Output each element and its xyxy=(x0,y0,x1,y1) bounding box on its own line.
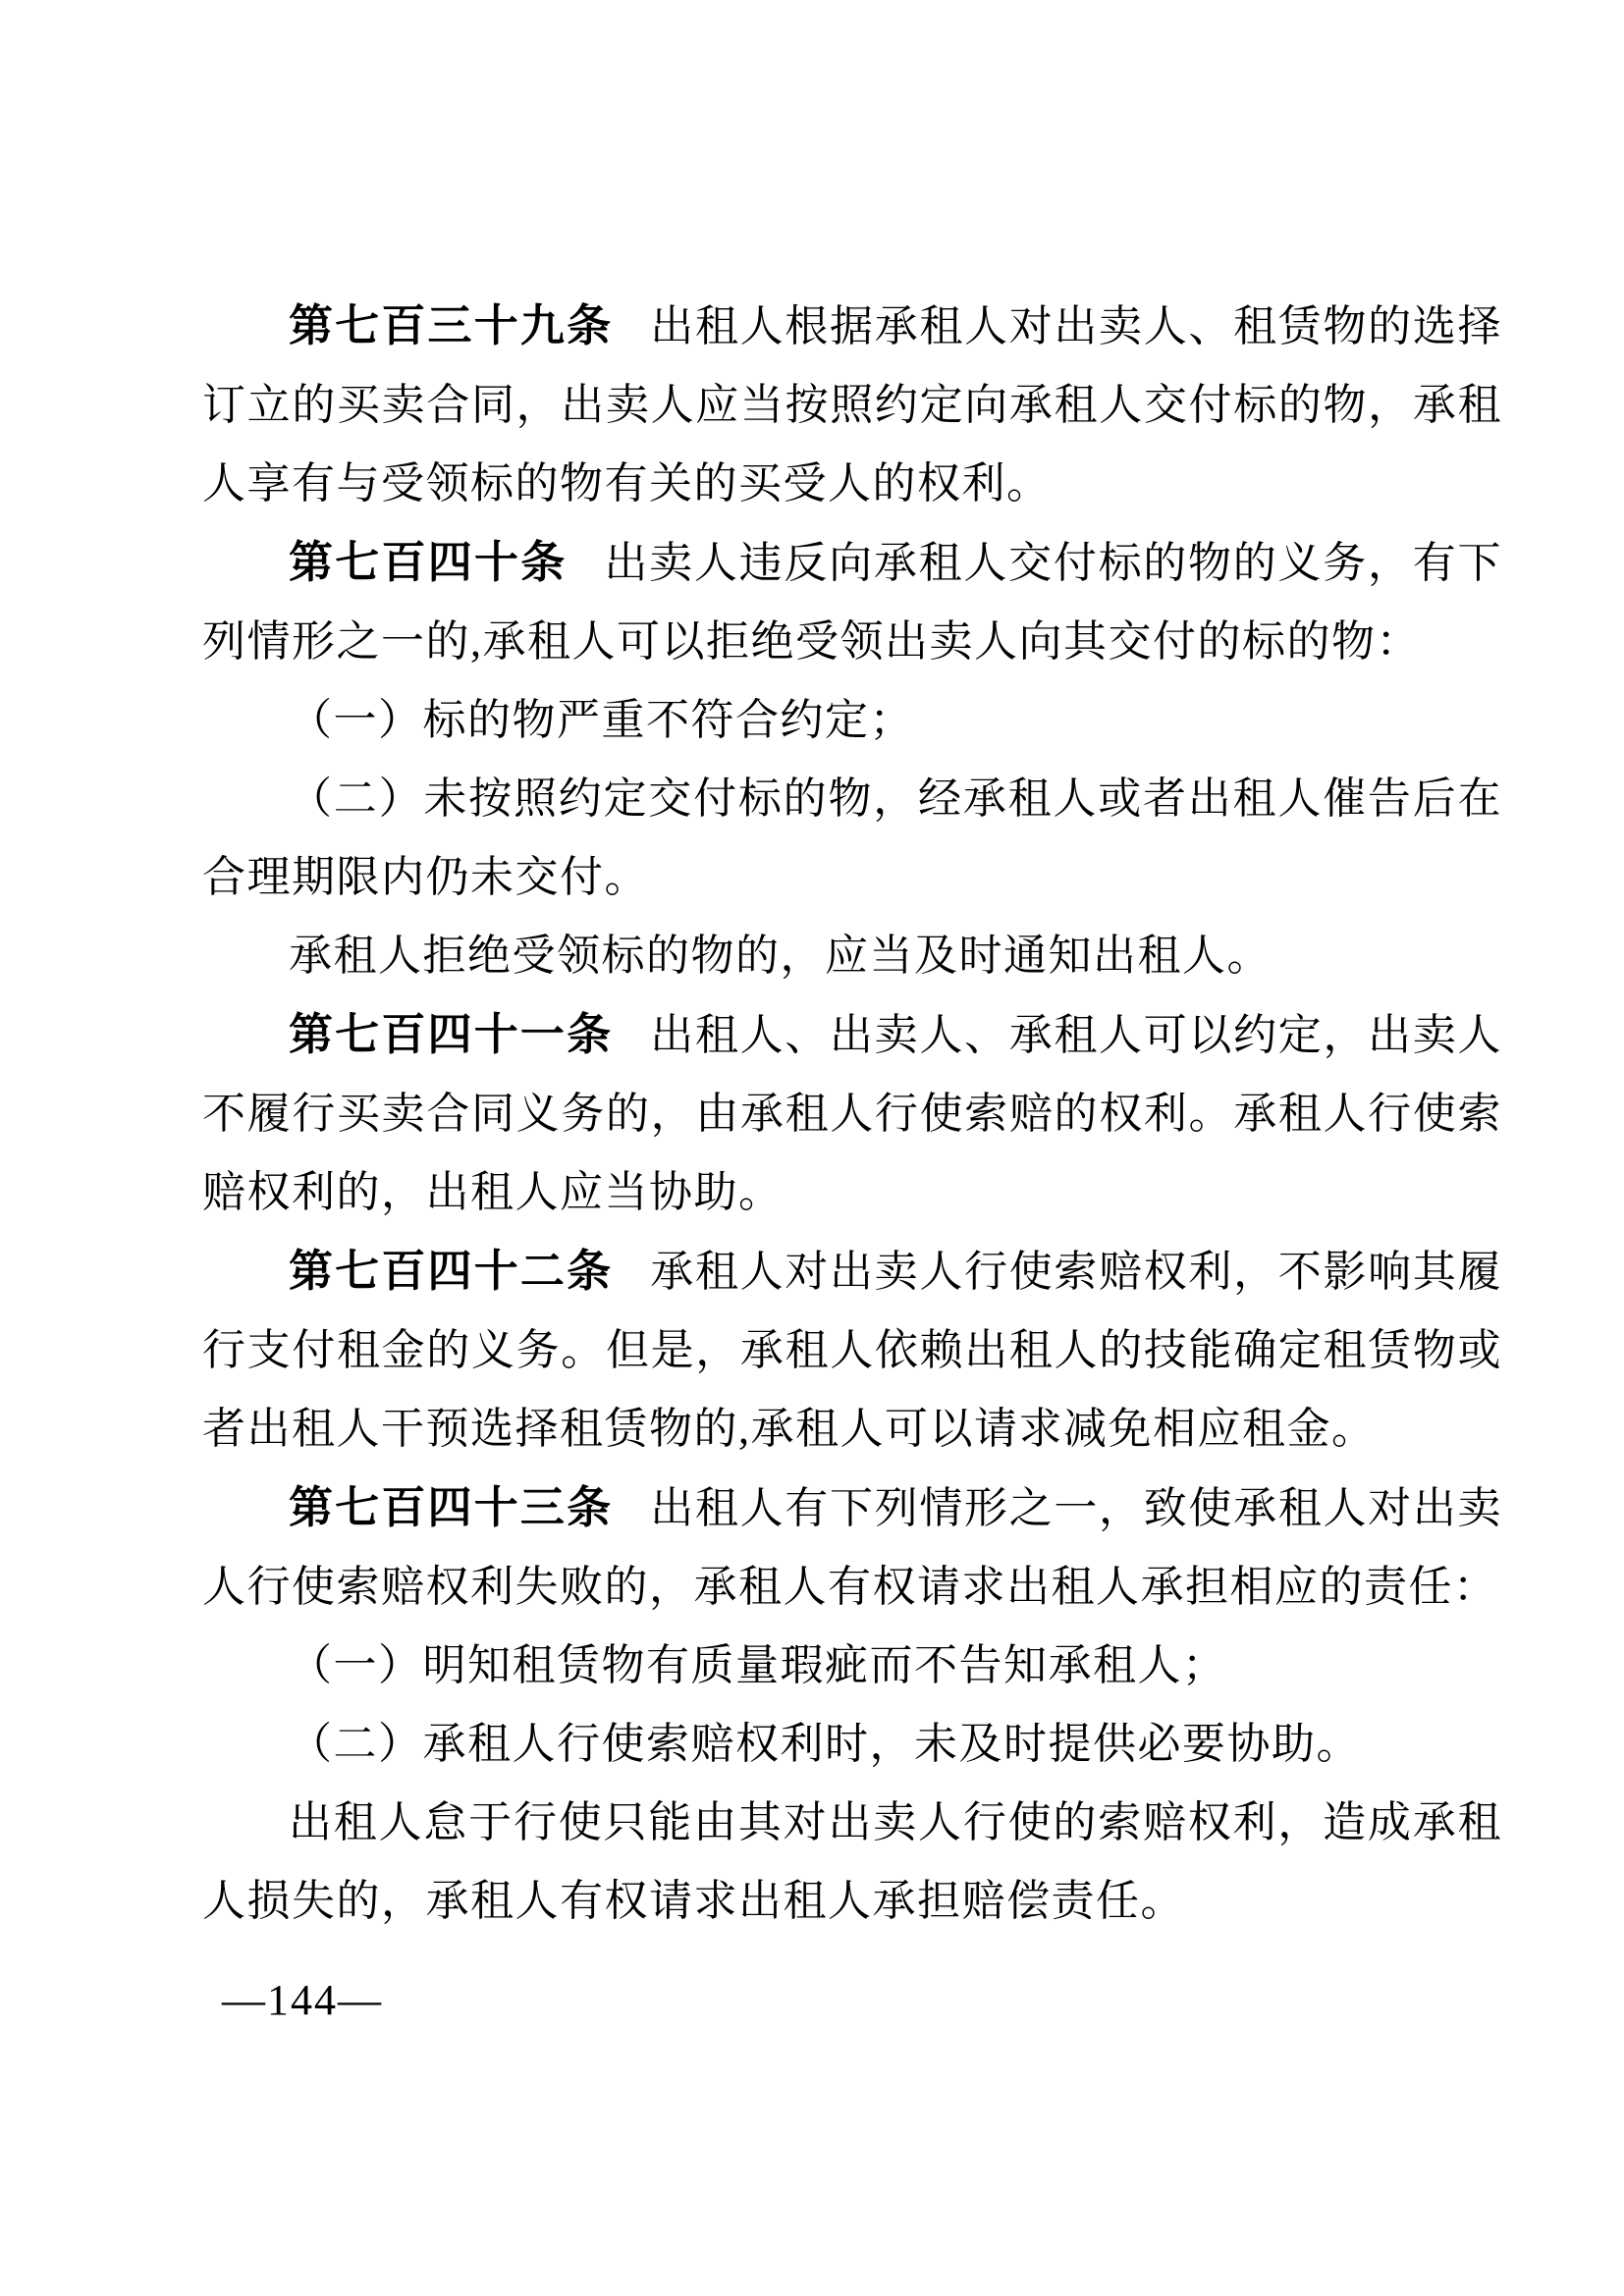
article-number: 第七百四十二条 xyxy=(289,1245,613,1297)
document-page: 第七百三十九条出租人根据承租人对出卖人、租赁物的选择订立的买卖合同，出卖人应当按… xyxy=(0,0,1624,2296)
paragraph: 第七百四十一条出租人、出卖人、承租人可以约定，出卖人不履行买卖合同义务的，由承租… xyxy=(202,995,1502,1232)
paragraph: （一）明知租赁物有质量瑕疵而不告知承租人； xyxy=(202,1627,1502,1705)
paragraph: 第七百四十二条承租人对出卖人行使索赔权利，不影响其履行支付租金的义务。但是，承租… xyxy=(202,1232,1502,1468)
paragraph-text: （二）未按照约定交付标的物，经承租人或者出租人催告后在合理期限内仍未交付。 xyxy=(202,774,1502,901)
paragraph: 第七百四十条出卖人违反向承租人交付标的物的义务，有下列情形之一的,承租人可以拒绝… xyxy=(202,523,1502,681)
paragraph: （二）承租人行使索赔权利时，未及时提供必要协助。 xyxy=(202,1705,1502,1784)
article-number: 第七百三十九条 xyxy=(289,299,613,351)
article-number: 第七百四十一条 xyxy=(289,1008,613,1060)
article-number: 第七百四十条 xyxy=(289,536,567,588)
page-number: —144— xyxy=(202,1976,1502,2025)
paragraph-text: （二）承租人行使索赔权利时，未及时提供必要协助。 xyxy=(289,1720,1361,1768)
paragraph: （二）未按照约定交付标的物，经承租人或者出租人催告后在合理期限内仍未交付。 xyxy=(202,760,1502,917)
article-number: 第七百四十三条 xyxy=(289,1481,613,1533)
paragraph: 承租人拒绝受领标的物的，应当及时通知出租人。 xyxy=(202,917,1502,995)
paragraph-text: （一）明知租赁物有质量瑕疵而不告知承租人； xyxy=(289,1641,1227,1689)
paragraph: 第七百三十九条出租人根据承租人对出卖人、租赁物的选择订立的买卖合同，出卖人应当按… xyxy=(202,287,1502,523)
paragraph-text: 承租人拒绝受领标的物的，应当及时通知出租人。 xyxy=(289,932,1272,980)
paragraph: 第七百四十三条出租人有下列情形之一，致使承租人对出卖人行使索赔权利失败的，承租人… xyxy=(202,1468,1502,1627)
paragraph: 出租人怠于行使只能由其对出卖人行使的索赔权利，造成承租人损失的，承租人有权请求出… xyxy=(202,1784,1502,1941)
paragraph: （一）标的物严重不符合约定； xyxy=(202,681,1502,760)
paragraph-text: （一）标的物严重不符合约定； xyxy=(289,696,914,744)
paragraph-list: 第七百三十九条出租人根据承租人对出卖人、租赁物的选择订立的买卖合同，出卖人应当按… xyxy=(202,287,1502,1941)
paragraph-text: 出租人怠于行使只能由其对出卖人行使的索赔权利，造成承租人损失的，承租人有权请求出… xyxy=(202,1798,1502,1925)
